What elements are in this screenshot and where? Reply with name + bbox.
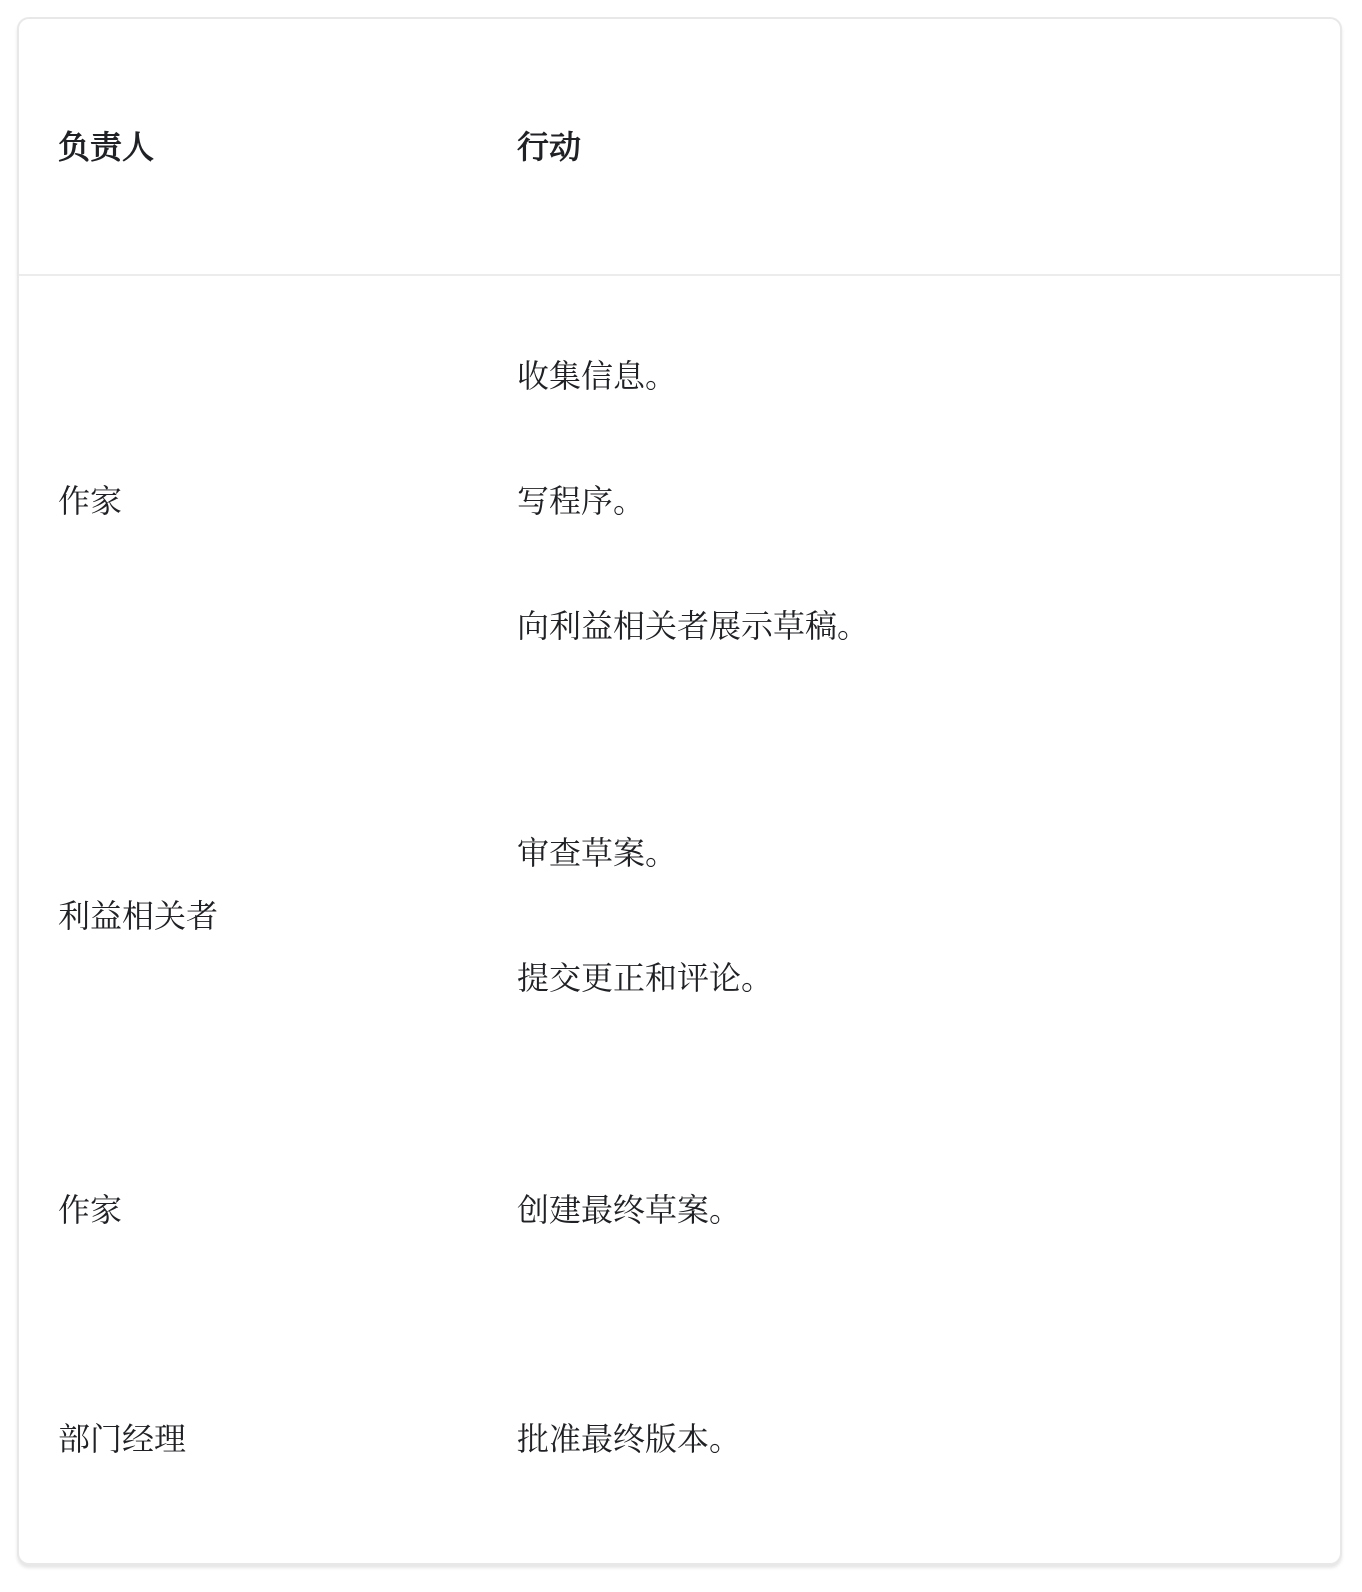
action-text: 向利益相关者展示草稿。: [517, 602, 1301, 650]
action-text: 收集信息。: [517, 352, 1301, 400]
header-cell-owner: 负责人: [19, 123, 478, 171]
owner-label: 作家: [58, 477, 439, 525]
table-header-row: 负责人 行动: [19, 19, 1340, 276]
header-cell-action: 行动: [478, 123, 1340, 171]
actions-cell: 收集信息。 写程序。 向利益相关者展示草稿。: [478, 276, 1340, 726]
action-text: 写程序。: [517, 477, 1301, 525]
owner-cell: 作家: [19, 276, 478, 726]
responsibilities-table-card: 负责人 行动 作家 收集信息。 写程序。 向利益相关者展示草稿。 利益相关者 审…: [17, 17, 1342, 1565]
owner-cell: 部门经理: [19, 1315, 478, 1563]
table-row: 作家 创建最终草案。: [19, 1105, 1340, 1315]
actions-cell: 创建最终草案。: [478, 1105, 1340, 1315]
table-row: 部门经理 批准最终版本。: [19, 1315, 1340, 1563]
owner-label: 利益相关者: [58, 892, 439, 940]
actions-cell: 批准最终版本。: [478, 1315, 1340, 1563]
action-text: 提交更正和评论。: [517, 954, 1301, 1002]
action-text: 创建最终草案。: [517, 1186, 1301, 1234]
owner-label: 部门经理: [58, 1415, 439, 1463]
actions-cell: 审查草案。 提交更正和评论。: [478, 726, 1340, 1105]
owner-cell: 利益相关者: [19, 726, 478, 1105]
action-text: 审查草案。: [517, 829, 1301, 877]
table-row: 利益相关者 审查草案。 提交更正和评论。: [19, 726, 1340, 1105]
owner-cell: 作家: [19, 1105, 478, 1315]
action-text: 批准最终版本。: [517, 1415, 1301, 1463]
owner-label: 作家: [58, 1186, 439, 1234]
table-row: 作家 收集信息。 写程序。 向利益相关者展示草稿。: [19, 276, 1340, 726]
